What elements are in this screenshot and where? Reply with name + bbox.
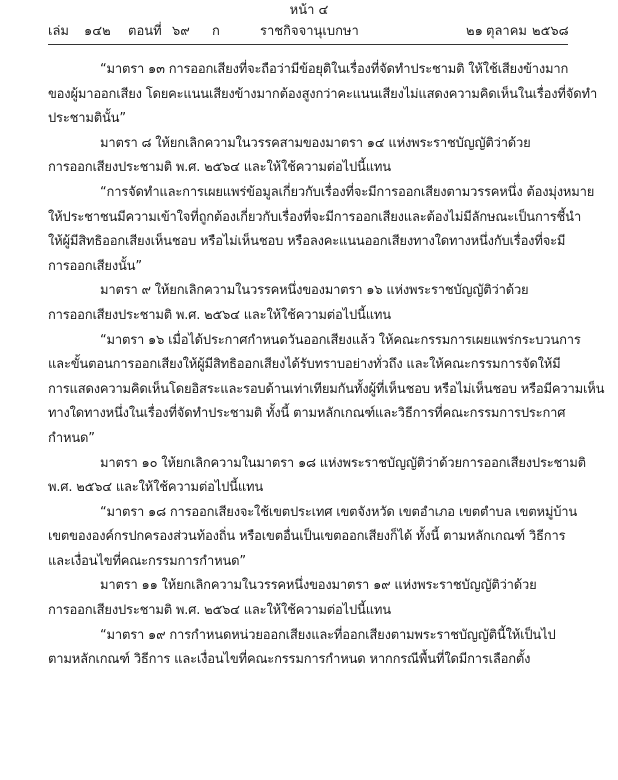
text-line: มาตรา ๑๑ ให้ยกเลิกความในวรรคหนึ่งของมาตร… bbox=[48, 574, 568, 599]
text-line: ให้ผู้มีสิทธิออกเสียงเห็นชอบ หรือไม่เห็น… bbox=[48, 230, 568, 255]
text-line: และเงื่อนไขที่คณะกรรมการกำหนด” bbox=[48, 550, 568, 575]
text-line: ประชามตินั้น” bbox=[48, 107, 568, 132]
volume-label: เล่ม bbox=[48, 22, 69, 42]
text-line: การแสดงความคิดเห็นโดยอิสระและรอบด้านเท่า… bbox=[48, 378, 568, 403]
text-line: การออกเสียงนั้น” bbox=[48, 255, 568, 280]
date-month: ตุลาคม bbox=[486, 22, 527, 42]
text-line: การออกเสียงประชามติ พ.ศ. ๒๕๖๔ และให้ใช้ค… bbox=[48, 304, 568, 329]
header-rule bbox=[48, 44, 568, 45]
text-line: “มาตรา ๑๙ การกำหนดหน่วยออกเสียงและที่ออก… bbox=[48, 624, 568, 649]
text-line: “มาตรา ๑๖ เมื่อได้ประกาศกำหนดวันออกเสียง… bbox=[48, 329, 568, 354]
page-number: หน้า ๔ bbox=[0, 2, 618, 20]
publication-name: ราชกิจจานุเบกษา bbox=[260, 22, 359, 42]
text-line: “มาตรา ๑๓ การออกเสียงที่จะถือว่ามีข้อยุต… bbox=[48, 58, 568, 83]
text-line: การออกเสียงประชามติ พ.ศ. ๒๕๖๔ และให้ใช้ค… bbox=[48, 599, 568, 624]
text-line: “มาตรา ๑๘ การออกเสียงจะใช้เขตประเทศ เขตจ… bbox=[48, 501, 568, 526]
text-line: พ.ศ. ๒๕๖๔ และให้ใช้ความต่อไปนี้แทน bbox=[48, 476, 568, 501]
text-line: มาตรา ๑๐ ให้ยกเลิกความในมาตรา ๑๘ แห่งพระ… bbox=[48, 452, 568, 477]
text-line: การออกเสียงประชามติ พ.ศ. ๒๕๖๔ และให้ใช้ค… bbox=[48, 156, 568, 181]
section-number: ๖๙ bbox=[172, 22, 190, 42]
text-line: “การจัดทำและการเผยแพร่ข้อมูลเกี่ยวกับเรื… bbox=[48, 181, 568, 206]
document-body: “มาตรา ๑๓ การออกเสียงที่จะถือว่ามีข้อยุต… bbox=[48, 58, 568, 673]
text-line: กำหนด” bbox=[48, 427, 568, 452]
text-line: ตามหลักเกณฑ์ วิธีการ และเงื่อนไขที่คณะกร… bbox=[48, 648, 568, 673]
text-line: มาตรา ๙ ให้ยกเลิกความในวรรคหนึ่งของมาตรา… bbox=[48, 279, 568, 304]
text-line: ทางใดทางหนึ่งในเรื่องที่จัดทำประชามติ ทั… bbox=[48, 402, 568, 427]
gazette-header: เล่ม ๑๔๒ ตอนที่ ๖๙ ก ราชกิจจานุเบกษา ๒๑ … bbox=[48, 22, 568, 42]
text-line: และขั้นตอนการออกเสียงให้ผู้มีสิทธิออกเสี… bbox=[48, 353, 568, 378]
section-type: ก bbox=[212, 22, 220, 42]
volume-number: ๑๔๒ bbox=[84, 22, 111, 42]
date-year: ๒๕๖๘ bbox=[532, 22, 569, 42]
date-day: ๒๑ bbox=[466, 22, 483, 42]
text-line: เขตขององค์กรปกครองส่วนท้องถิ่น หรือเขตอื… bbox=[48, 525, 568, 550]
section-label: ตอนที่ bbox=[128, 22, 162, 42]
text-line: มาตรา ๘ ให้ยกเลิกความในวรรคสามของมาตรา ๑… bbox=[48, 132, 568, 157]
text-line: ให้ประชาชนมีความเข้าใจที่ถูกต้องเกี่ยวกั… bbox=[48, 206, 568, 231]
text-line: ของผู้มาออกเสียง โดยคะแนนเสียงข้างมากต้อ… bbox=[48, 83, 568, 108]
